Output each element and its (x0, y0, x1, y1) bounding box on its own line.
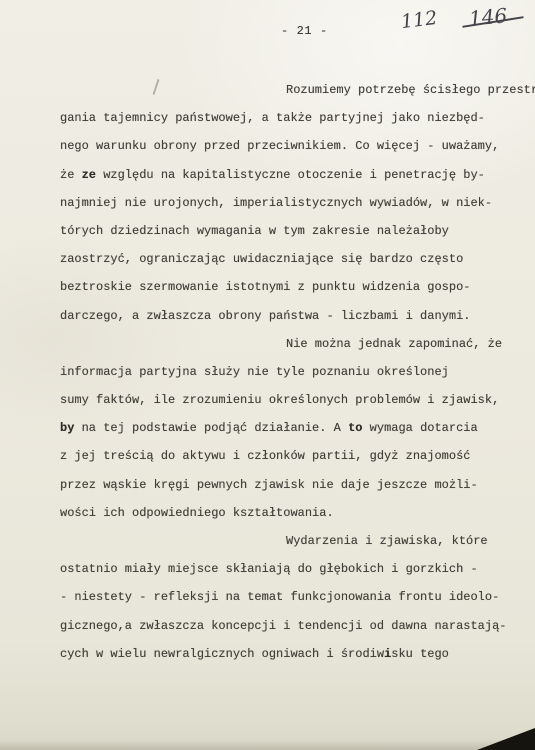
typewriter-text: przez wąskie kręgi pewnych zjawisk nie d… (60, 478, 478, 492)
typewriter-text: tórych dziedzinach wymagania w tym zakre… (60, 224, 449, 238)
text-line: informacja partyjna służy nie tyle pozna… (60, 358, 522, 386)
typewriter-text: na tej podstawie podjąć działanie. A (74, 421, 348, 435)
text-line: wości ich odpowiedniego kształtowania. (60, 499, 522, 527)
document-body: Rozumiemy potrzebę ścisłego przestrze-ga… (60, 76, 522, 668)
typewriter-text: nego warunku obrony przed przeciwnikiem.… (60, 139, 499, 153)
typewriter-text: informacja partyjna służy nie tyle pozna… (60, 365, 449, 379)
text-line: zaostrzyć, ograniczając uwidaczniające s… (60, 245, 522, 273)
typewriter-text: Nie można jednak zapominać, że (286, 337, 502, 351)
typewriter-text: beztroskie szermowanie istotnymi z punkt… (60, 280, 470, 294)
text-line: przez wąskie kręgi pewnych zjawisk nie d… (60, 471, 522, 499)
typewriter-text: sku tego (391, 647, 449, 661)
text-line: nego warunku obrony przed przeciwnikiem.… (60, 132, 522, 160)
typewriter-text: sumy faktów, ile zrozumieniu określonych… (60, 393, 499, 407)
paper-bottom-shadow (0, 740, 535, 750)
text-line: gicznego,a zwłaszcza koncepcji i tendenc… (60, 612, 522, 640)
paragraph: Wydarzenia i zjawiska, któreostatnio mia… (60, 527, 522, 668)
typewriter-text: najmniej nie urojonych, imperialistyczny… (60, 196, 492, 210)
typewriter-text: cych w wielu newralgicznych ogniwach i ś… (60, 647, 384, 661)
document-page: 112 146 - 21 - Rozumiemy potrzebę ścisłe… (0, 0, 535, 750)
typewriter-text: zaostrzyć, ograniczając uwidaczniające s… (60, 252, 463, 266)
typewriter-text: darczego, a zwłaszcza obrony państwa - l… (60, 309, 470, 323)
typewriter-text: - niestety - refleksji na temat funkcjon… (60, 590, 499, 604)
paragraph: Nie można jednak zapominać, żeinformacja… (60, 330, 522, 527)
text-line: beztroskie szermowanie istotnymi z punkt… (60, 273, 522, 301)
text-line: by na tej podstawie podjąć działanie. A … (60, 414, 522, 442)
typewriter-text: wymaga dotarcia (362, 421, 477, 435)
page-number: - 21 - (281, 24, 328, 38)
text-line: - niestety - refleksji na temat funkcjon… (60, 583, 522, 611)
text-line: ostatnio miały miejsce skłaniają do głęb… (60, 555, 522, 583)
text-line: gania tajemnicy państwowej, a także part… (60, 104, 522, 132)
typewriter-text: Rozumiemy potrzebę ścisłego przestrze- (286, 83, 535, 97)
typewriter-text: Wydarzenia i zjawiska, które (286, 534, 488, 548)
typewriter-text: ostatnio miały miejsce skłaniają do głęb… (60, 562, 478, 576)
scan-corner-background (477, 728, 535, 750)
text-line: tórych dziedzinach wymagania w tym zakre… (60, 217, 522, 245)
scanned-document-screenshot: { "page": { "number": "- 21 -", "handwri… (0, 0, 535, 750)
paragraph: Rozumiemy potrzebę ścisłego przestrze-ga… (60, 76, 522, 330)
handwritten-page-number-struck: 146 (468, 3, 508, 30)
text-line: najmniej nie urojonych, imperialistyczny… (60, 189, 522, 217)
overstruck-text: ze (82, 168, 96, 182)
text-line: darczego, a zwłaszcza obrony państwa - l… (60, 302, 522, 330)
handwritten-page-number: 112 (400, 7, 439, 33)
text-line: Wydarzenia i zjawiska, które (60, 527, 522, 555)
text-line: że ze względu na kapitalistyczne otoczen… (60, 161, 522, 189)
text-line: Rozumiemy potrzebę ścisłego przestrze- (60, 76, 522, 104)
text-line: z jej treścią do aktywu i członków parti… (60, 442, 522, 470)
typewriter-text: że (60, 168, 82, 182)
text-line: sumy faktów, ile zrozumieniu określonych… (60, 386, 522, 414)
typewriter-text: gicznego,a zwłaszcza koncepcji i tendenc… (60, 619, 506, 633)
typewriter-text: z jej treścią do aktywu i członków parti… (60, 449, 470, 463)
overstruck-text: by (60, 421, 74, 435)
text-line: cych w wielu newralgicznych ogniwach i ś… (60, 640, 522, 668)
typewriter-text: gania tajemnicy państwowej, a także part… (60, 111, 485, 125)
overstruck-text: to (348, 421, 362, 435)
text-line: Nie można jednak zapominać, że (60, 330, 522, 358)
typewriter-text: wości ich odpowiedniego kształtowania. (60, 506, 334, 520)
typewriter-text: względu na kapitalistyczne otoczenie i p… (96, 168, 485, 182)
